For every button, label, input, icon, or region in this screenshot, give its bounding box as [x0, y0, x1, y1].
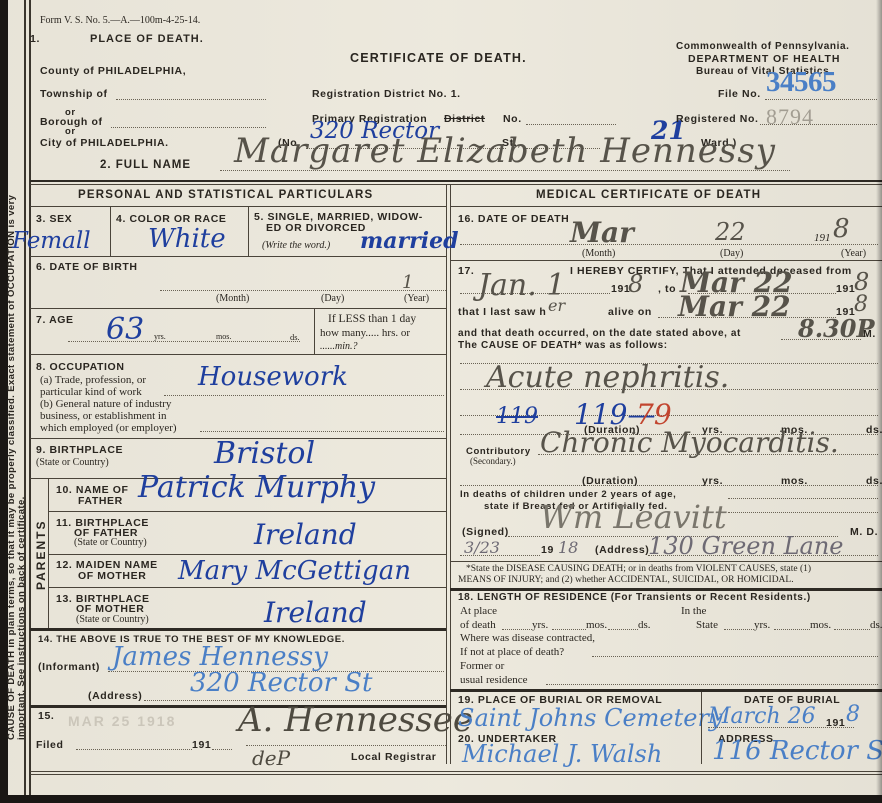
dod-day-caption: (Day) — [720, 248, 743, 259]
age-ds-label: ds. — [290, 332, 300, 342]
md-label: M. D. — [850, 526, 878, 538]
filed-stamp: MAR 25 1918 — [68, 713, 176, 729]
rule — [450, 206, 882, 207]
attended-to-year-prefix: 191 — [836, 283, 855, 295]
item-1-number: 1. — [30, 33, 40, 45]
parents-bracket — [48, 478, 49, 628]
file-no-label: File No. — [718, 88, 761, 100]
contracted-label-2: If not at place of death? — [460, 646, 564, 658]
former-field — [546, 684, 878, 685]
registration-district: Registration District No. 1. — [312, 88, 461, 100]
personal-section-title: PERSONAL AND STATISTICAL PARTICULARS — [78, 189, 373, 201]
dod-month-caption: (Month) — [582, 248, 615, 259]
township-field — [116, 99, 266, 100]
parents-label: PARENTS — [34, 520, 48, 590]
marital-hint: (Write the word.) — [262, 240, 330, 251]
occupation-a-line1: (a) Trade, profession, or — [40, 374, 146, 386]
mother-maiden-label-2: OF MOTHER — [78, 570, 146, 582]
primary-district-struck: District — [444, 113, 485, 125]
rule — [248, 206, 249, 256]
filed-field — [76, 749, 192, 750]
state-yrs-field — [724, 629, 754, 630]
left-border-line-inner — [29, 0, 31, 795]
footnote-2: MEANS OF INJURY; and (2) whether ACCIDEN… — [458, 575, 794, 585]
less-than-line1: If LESS than 1 day — [328, 313, 416, 325]
authority-commonwealth: Commonwealth of Pennsylvania. — [676, 41, 850, 52]
signed-year-value: 18 — [558, 538, 578, 557]
father-birthplace-value: Ireland — [254, 518, 357, 551]
place-yrs-label: yrs. — [532, 619, 548, 631]
dod-year-value: 8 — [833, 214, 850, 244]
occupation-a-line2: particular kind of work — [40, 386, 142, 398]
borough-field — [111, 127, 266, 128]
race-value: White — [148, 224, 226, 254]
bottom-rule — [30, 771, 882, 772]
primary-no-label: No. — [503, 113, 522, 125]
occupation-value: Housework — [198, 362, 348, 392]
medical-section-title: MEDICAL CERTIFICATE OF DEATH — [536, 189, 761, 201]
children-field — [728, 498, 878, 499]
dod-field — [460, 244, 878, 245]
marital-value: married — [360, 228, 458, 254]
rule — [30, 206, 446, 207]
signed-year-prefix: 19 — [541, 544, 554, 556]
less-than-line2: how many..... hrs. or — [320, 327, 410, 339]
burial-place-value: Saint Johns Cemetery — [458, 704, 723, 732]
rule — [450, 561, 882, 562]
place-mos-field — [552, 629, 586, 630]
duration-label-2: (Duration) — [582, 475, 638, 487]
address-value: 130 Green Lane — [648, 532, 843, 560]
footnote-rule — [450, 588, 882, 591]
bottom-rule-2 — [30, 774, 882, 775]
in-the-label-2: State — [696, 619, 718, 631]
dod-month-value: Mar — [570, 216, 634, 249]
item-17-number: 17. — [458, 265, 474, 277]
rule — [30, 308, 446, 309]
sex-value: Femall — [12, 228, 91, 254]
state-yrs-label: yrs. — [754, 619, 770, 631]
rule — [48, 511, 446, 512]
former-label-1: Former or — [460, 660, 504, 672]
place-ds-label: ds. — [638, 619, 651, 631]
occupation-b-line3: which employed (or employer) — [40, 422, 177, 434]
mos-label-2: mos. — [781, 475, 808, 487]
sex-label: 3. SEX — [36, 213, 72, 225]
state-ds-field — [834, 629, 870, 630]
margin-instructions-line2: important. See instructions on back of c… — [16, 496, 27, 740]
death-certificate-page: CAUSE OF DEATH in plain terms, so that i… — [8, 0, 882, 795]
footnote-1: *State the DISEASE CAUSING DEATH; or in … — [466, 564, 811, 574]
registrar-initials: deP — [252, 746, 290, 770]
authority-department: DEPARTMENT OF HEALTH — [688, 53, 840, 65]
rule — [30, 354, 446, 355]
occupation-label: 8. OCCUPATION — [36, 361, 125, 373]
filed-year-field — [212, 749, 232, 750]
in-the-label-1: In the — [681, 605, 706, 617]
filed-year-prefix: 191 — [192, 739, 211, 751]
duration-line-2 — [460, 485, 878, 486]
rule — [314, 308, 315, 354]
burial-year-prefix: 191 — [826, 717, 845, 729]
center-divider — [446, 184, 447, 764]
residence-rule — [450, 689, 882, 692]
secondary-label: (Secondary.) — [470, 456, 516, 466]
signed-label: (Signed) — [462, 526, 509, 538]
city-label: City of PHILADELPHIA. — [40, 137, 169, 149]
to-label: , to — [658, 283, 676, 295]
full-name-value: Margaret Elizabeth Hennessy — [234, 131, 776, 171]
signed-value: Wm Leavitt — [540, 498, 727, 536]
yrs-label-2: yrs. — [702, 475, 723, 487]
informant-address-value: 320 Rector St — [190, 668, 372, 698]
county-label: County of PHILADELPHIA, — [40, 65, 186, 77]
occupation-a-field — [164, 395, 444, 396]
age-field — [68, 341, 300, 342]
state-mos-label: mos. — [810, 619, 831, 631]
age-label: 7. AGE — [36, 314, 74, 326]
place-ds-field — [608, 629, 638, 630]
or-label-2: or — [65, 126, 76, 137]
registered-no-label: Registered No. — [676, 113, 759, 125]
former-label-2: usual residence — [460, 674, 528, 686]
filed-label: Filed — [36, 739, 64, 751]
at-place-label-2: of death — [460, 619, 496, 631]
dob-year-caption: (Year) — [404, 293, 429, 304]
file-no-value: 34565 — [766, 66, 836, 99]
rule — [110, 206, 111, 256]
father-birthplace-hint: (State or Country) — [74, 537, 147, 548]
form-code: Form V. S. No. 5.—A.—100m-4-25-14. — [40, 15, 200, 26]
place-yrs-field — [502, 629, 532, 630]
undertaker-value: Michael J. Walsh — [462, 740, 662, 768]
cause-label: The CAUSE OF DEATH* was as follows: — [458, 340, 668, 351]
age-yrs-label: yrs. — [154, 332, 166, 341]
contracted-label-1: Where was disease contracted, — [460, 632, 595, 644]
dob-month-caption: (Month) — [216, 293, 249, 304]
cause-primary-value: Acute nephritis. — [486, 360, 729, 395]
paper-edge-shadow — [876, 0, 882, 795]
last-saw-label: that I last saw h — [458, 306, 546, 318]
contracted-field — [592, 656, 878, 657]
occupation-b-line1: (b) General nature of industry — [40, 398, 171, 410]
registrar-signature: A. Hennessee — [238, 700, 473, 740]
dod-year-prefix: 191 — [814, 232, 831, 244]
mother-birthplace-hint: (State or Country) — [76, 614, 149, 625]
age-mos-label: mos. — [216, 332, 231, 341]
center-divider-2 — [450, 184, 451, 764]
mother-maiden-value: Mary McGettigan — [178, 556, 411, 586]
rule — [701, 692, 702, 764]
signed-date-value: 3/23 — [464, 538, 500, 557]
children-field-2 — [728, 512, 878, 513]
header-divider — [30, 180, 882, 182]
dod-year-caption: (Year) — [841, 248, 866, 259]
birthplace-hint: (State or Country) — [36, 457, 109, 468]
code-struck: 119 — [496, 404, 538, 429]
rule — [48, 587, 446, 588]
occupation-b-line2: business, or establishment in — [40, 410, 167, 422]
dob-label: 6. DATE OF BIRTH — [36, 261, 138, 273]
rule — [48, 554, 446, 555]
residence-label: 18. LENGTH OF RESIDENCE (For Transients … — [458, 592, 811, 603]
item-15-number: 15. — [38, 710, 54, 722]
address-label: (Address) — [595, 544, 649, 556]
burial-year-value: 8 — [846, 702, 860, 727]
death-time-label: and that death occurred, on the date sta… — [458, 328, 741, 339]
occupation-b-field — [200, 431, 444, 432]
dod-label: 16. DATE OF DEATH — [458, 213, 569, 225]
contributory-value: Chronic Myocarditis. — [540, 426, 839, 459]
place-of-death-title: PLACE OF DEATH. — [90, 33, 204, 45]
father-name-label-2: FATHER — [78, 495, 123, 507]
attended-from-year-value: 8 — [628, 270, 643, 298]
header-divider-thin — [30, 184, 882, 185]
place-mos-label: mos. — [586, 619, 607, 631]
alive-on-label: alive on — [608, 306, 652, 318]
birthplace-value: Bristol — [214, 436, 315, 471]
full-name-label: 2. FULL NAME — [100, 159, 191, 171]
township-label: Township of — [40, 88, 108, 100]
registered-no-value: 8794 — [766, 104, 814, 130]
registrar-label: Local Registrar — [351, 751, 436, 763]
dob-day-caption: (Day) — [321, 293, 344, 304]
mother-birthplace-value: Ireland — [264, 596, 367, 629]
death-time-suffix: M. — [863, 328, 876, 340]
father-name-value: Patrick Murphy — [138, 470, 375, 505]
informant-address-label: (Address) — [88, 690, 142, 702]
burial-date-value: March 26 — [708, 704, 816, 729]
age-value: 63 — [106, 312, 144, 347]
parents-bottom-rule — [30, 628, 446, 631]
primary-no-field — [526, 124, 616, 125]
informant-label: (Informant) — [38, 661, 100, 673]
certificate-title: CERTIFICATE OF DEATH. — [350, 51, 527, 65]
last-saw-pronoun: er — [548, 296, 565, 315]
dod-day-value: 22 — [715, 218, 746, 246]
dob-day-value: 1 — [402, 272, 413, 293]
last-saw-value: Mar 22 — [678, 290, 791, 323]
file-no-field — [765, 99, 877, 100]
rule — [30, 256, 446, 257]
less-than-line3: ......min.? — [320, 341, 358, 352]
state-mos-field — [774, 629, 810, 630]
rule — [450, 260, 882, 261]
birthplace-label: 9. BIRTHPLACE — [36, 444, 123, 456]
marital-label-2: ED OR DIVORCED — [266, 222, 366, 234]
at-place-label-1: At place — [460, 605, 497, 617]
undertaker-address-value: 116 Rector St — [712, 736, 882, 766]
